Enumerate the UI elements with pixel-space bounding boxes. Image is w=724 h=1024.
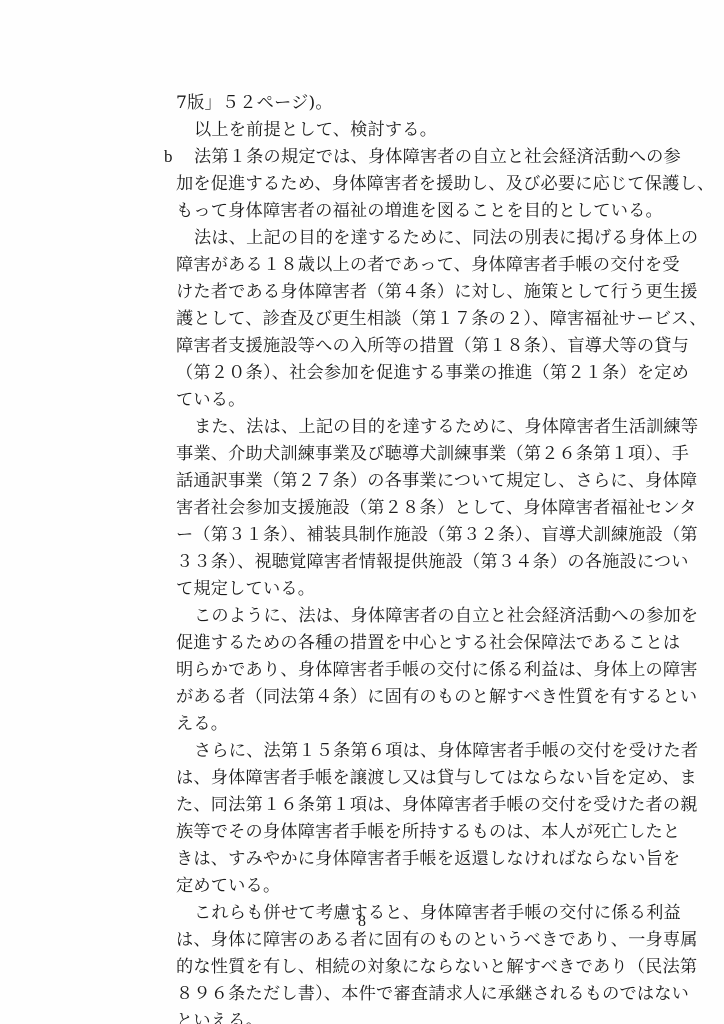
- text-line: このように、法は、身体障害者の自立と社会経済活動への参加を: [194, 605, 714, 627]
- text-line: 護として、診査及び更生相談（第１７条の２）、障害福祉サービス、: [176, 308, 696, 330]
- text-line: 加を促進するため、身体障害者を援助し、及び必要に応じて保護し、: [176, 173, 696, 195]
- text-line: 的な性質を有し、相続の対象にならないと解すべきであり（民法第: [176, 956, 696, 978]
- text-line: もって身体障害者の福祉の増進を図ることを目的としている。: [176, 200, 696, 222]
- text-line: 7版」５２ページ)。: [176, 92, 696, 114]
- text-line: ー（第３１条）、補装具制作施設（第３２条）、盲導犬訓練施設（第: [176, 524, 696, 546]
- text-line: きは、すみやかに身体障害者手帳を返還しなければならない旨を: [176, 848, 696, 870]
- text-line: といえる。: [176, 1010, 696, 1024]
- text-line: また、法は、上記の目的を達するために、身体障害者生活訓練等: [194, 416, 714, 438]
- text-line: 害者社会参加支援施設（第２８条）として、身体障害者福祉センタ: [176, 497, 696, 519]
- document-page: 7版」５２ページ)。 以上を前提として、検討する。 b 法第１条の規定では、身体…: [0, 0, 724, 1024]
- text-line: 族等でその身体障害者手帳を所持するものは、本人が死亡したと: [176, 821, 696, 843]
- text-line: て規定している。: [176, 578, 696, 600]
- text-line: ている。: [176, 389, 696, 411]
- text-line: さらに、法第１５条第６項は、身体障害者手帳の交付を受けた者: [194, 740, 714, 762]
- text-line: は、身体障害者手帳を譲渡し又は貸与してはならない旨を定め、ま: [176, 767, 696, 789]
- text-line: た、同法第１６条第１項は、身体障害者手帳の交付を受けた者の親: [176, 794, 696, 816]
- text-line: 明らかであり、身体障害者手帳の交付に係る利益は、身体上の障害: [176, 659, 696, 681]
- text-line: 話通訳事業（第２７条）の各事業について規定し、さらに、身体障: [176, 470, 696, 492]
- text-line: は、身体に障害のある者に固有のものというべきであり、一身専属: [176, 929, 696, 951]
- text-line: 以上を前提として、検討する。: [194, 119, 714, 141]
- text-line: ３３条）、視聴覚障害者情報提供施設（第３４条）の各施設につい: [176, 551, 696, 573]
- page-number: 8: [0, 912, 724, 932]
- text-line: （第２０条）、社会参加を促進する事業の推進（第２１条）を定め: [176, 362, 696, 384]
- text-line: える。: [176, 713, 696, 735]
- text-line: ８９６条ただし書）、本件で審査請求人に承継されるものではない: [176, 983, 696, 1005]
- text-line: がある者（同法第４条）に固有のものと解すべき性質を有するとい: [176, 686, 696, 708]
- text-line: 障害者支援施設等への入所等の措置（第１８条）、盲導犬等の貸与: [176, 335, 696, 357]
- text-line: 障害がある１８歳以上の者であって、身体障害者手帳の交付を受: [176, 254, 696, 276]
- text-line: 定めている。: [176, 875, 696, 897]
- paragraph-marker: b: [164, 146, 173, 168]
- text-line: 法は、上記の目的を達するために、同法の別表に掲げる身体上の: [194, 227, 714, 249]
- text-line: 法第１条の規定では、身体障害者の自立と社会経済活動への参: [194, 146, 714, 168]
- text-line: 事業、介助犬訓練事業及び聴導犬訓練事業（第２６条第１項）、手: [176, 443, 696, 465]
- text-line: けた者である身体障害者（第４条）に対し、施策として行う更生援: [176, 281, 696, 303]
- text-line: 促進するための各種の措置を中心とする社会保障法であることは: [176, 632, 696, 654]
